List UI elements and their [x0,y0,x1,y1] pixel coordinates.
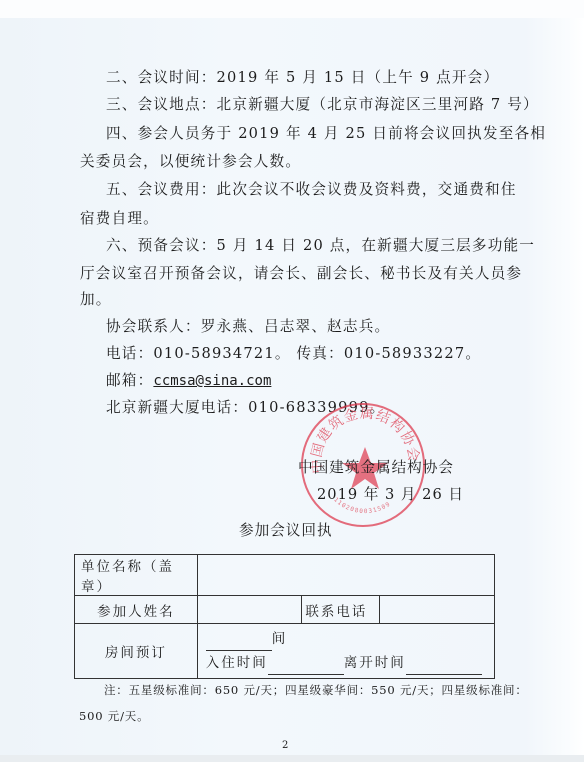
room-rate-note-line-1: 注：五星级标准间：650 元/天；四星级豪华间：550 元/天；四星级标准间： [104,682,528,698]
table-row: 房间预订 间 入住时间离开时间 [75,624,495,679]
scan-bottom-edge [0,755,584,762]
table-row: 单位名称（盖章） [75,555,495,596]
signing-date: 2019 年 3 月 26 日 [317,483,464,504]
preparatory-meeting-line-3: 加。 [80,291,112,309]
preparatory-meeting-line-1: 六、预备会议：5 月 14 日 20 点，在新疆大厦三层多功能一 [106,237,535,255]
unit-name-field[interactable] [197,555,494,596]
email-label: 邮箱： [106,372,153,389]
meeting-time: 二、会议时间：2019 年 5 月 15 日（上午 9 点开会） [106,69,499,87]
attendee-name-field[interactable] [197,596,302,624]
contact-phone-fax: 电话：010-58934721。 传真：010-58933227。 [106,345,481,363]
email-link[interactable]: ccmsa@sina.com [153,373,271,389]
meeting-location: 三、会议地点：北京新疆大厦（北京市海淀区三里河路 7 号） [106,96,539,114]
contact-email-row: 邮箱：ccmsa@sina.com [106,372,271,390]
scan-top-margin [0,0,584,18]
document-page: 二、会议时间：2019 年 5 月 15 日（上午 9 点开会） 三、会议地点：… [0,0,584,762]
room-count-suffix: 间 [272,631,288,647]
contact-phone-label: 联系电话 [302,596,380,624]
meeting-fees-line-1: 五、会议费用：此次会议不收会议费及资料费，交通费和住 [106,181,517,199]
room-count-row: 间 [198,627,494,651]
checkin-label: 入住时间 [206,655,268,671]
table-row: 参加人姓名 联系电话 [75,596,495,624]
attendee-name-label: 参加人姓名 [75,596,198,624]
checkout-label: 离开时间 [344,655,406,671]
room-rate-note-line-2: 500 元/天。 [79,708,149,724]
room-booking-cell: 间 入住时间离开时间 [197,624,494,679]
contact-persons: 协会联系人：罗永燕、吕志翠、赵志兵。 [106,318,390,336]
checkout-field[interactable] [406,660,482,675]
receipt-form-table: 单位名称（盖章） 参加人姓名 联系电话 房间预订 间 入住时间离开时间 [74,554,495,679]
receipt-title: 参加会议回执 [239,519,333,540]
room-count-field[interactable] [206,636,272,651]
stay-dates-row: 入住时间离开时间 [198,651,494,675]
attendance-deadline-line-1: 四、参会人员务于 2019 年 4 月 25 日前将会议回执发至各相 [106,125,546,143]
meeting-fees-line-2: 宿费自理。 [80,210,159,228]
unit-name-label: 单位名称（盖章） [75,555,198,596]
attendance-deadline-line-2: 关委员会，以便统计参会人数。 [80,153,301,171]
signing-organization: 中国建筑金属结构协会 [298,456,454,477]
preparatory-meeting-line-2: 厅会议室召开预备会议，请会长、副会长、秘书长及有关人员参 [80,265,522,283]
page-number: 2 [282,740,288,751]
checkin-field[interactable] [268,660,344,675]
room-booking-label: 房间预订 [75,624,198,679]
contact-phone-field[interactable] [380,596,495,624]
